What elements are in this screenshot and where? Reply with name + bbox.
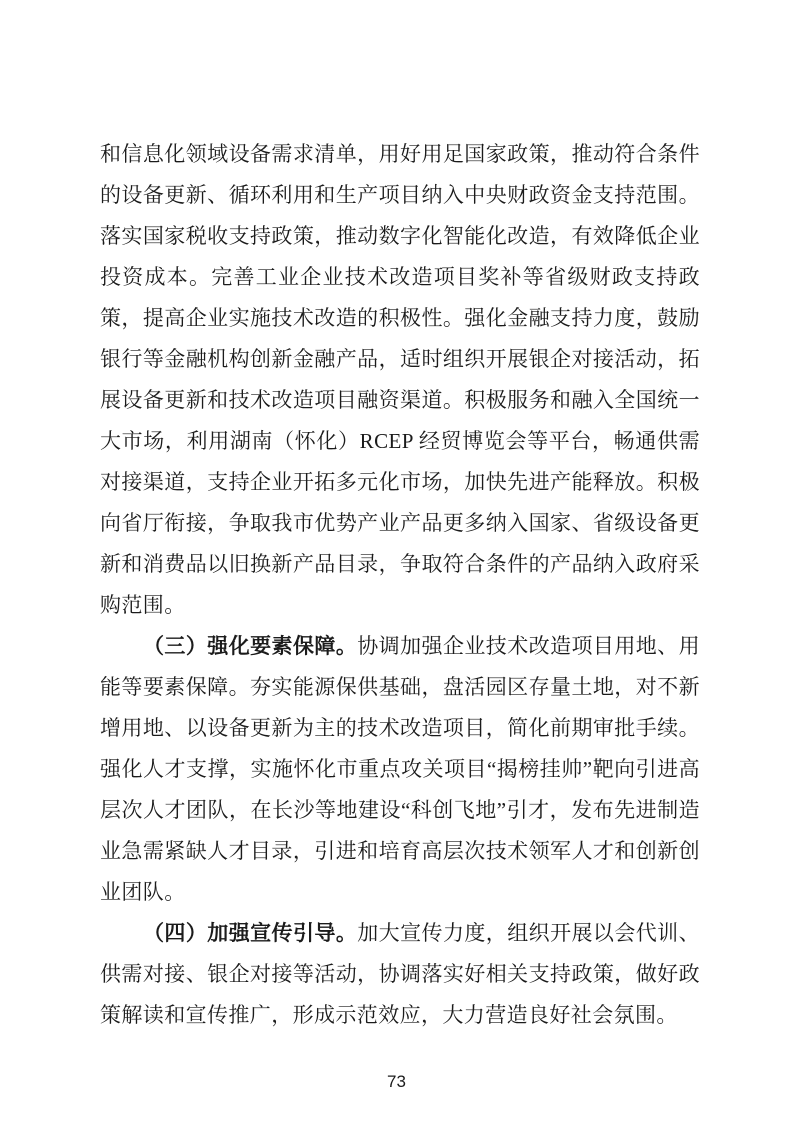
paragraph: （四）加强宣传引导。加大宣传力度，组织开展以会代训、供需对接、银企对接等活动，协… [100, 913, 700, 1036]
page-footer: 73 [0, 1072, 793, 1092]
paragraph-heading: （三）强化要素保障。 [143, 634, 357, 658]
document-body: 和信息化领域设备需求清单，用好用足国家政策，推动符合条件的设备更新、循环利用和生… [100, 134, 700, 1036]
page-number: 73 [387, 1072, 406, 1091]
paragraph-heading: （四）加强宣传引导。 [143, 921, 357, 945]
document-page: 和信息化领域设备需求清单，用好用足国家政策，推动符合条件的设备更新、循环利用和生… [0, 0, 793, 1122]
paragraph: 和信息化领域设备需求清单，用好用足国家政策，推动符合条件的设备更新、循环利用和生… [100, 134, 700, 626]
paragraph: （三）强化要素保障。协调加强企业技术改造项目用地、用能等要素保障。夯实能源保供基… [100, 626, 700, 913]
paragraph-text: 和信息化领域设备需求清单，用好用足国家政策，推动符合条件的设备更新、循环利用和生… [100, 142, 700, 617]
paragraph-text: 协调加强企业技术改造项目用地、用能等要素保障。夯实能源保供基础，盘活园区存量土地… [100, 634, 700, 904]
